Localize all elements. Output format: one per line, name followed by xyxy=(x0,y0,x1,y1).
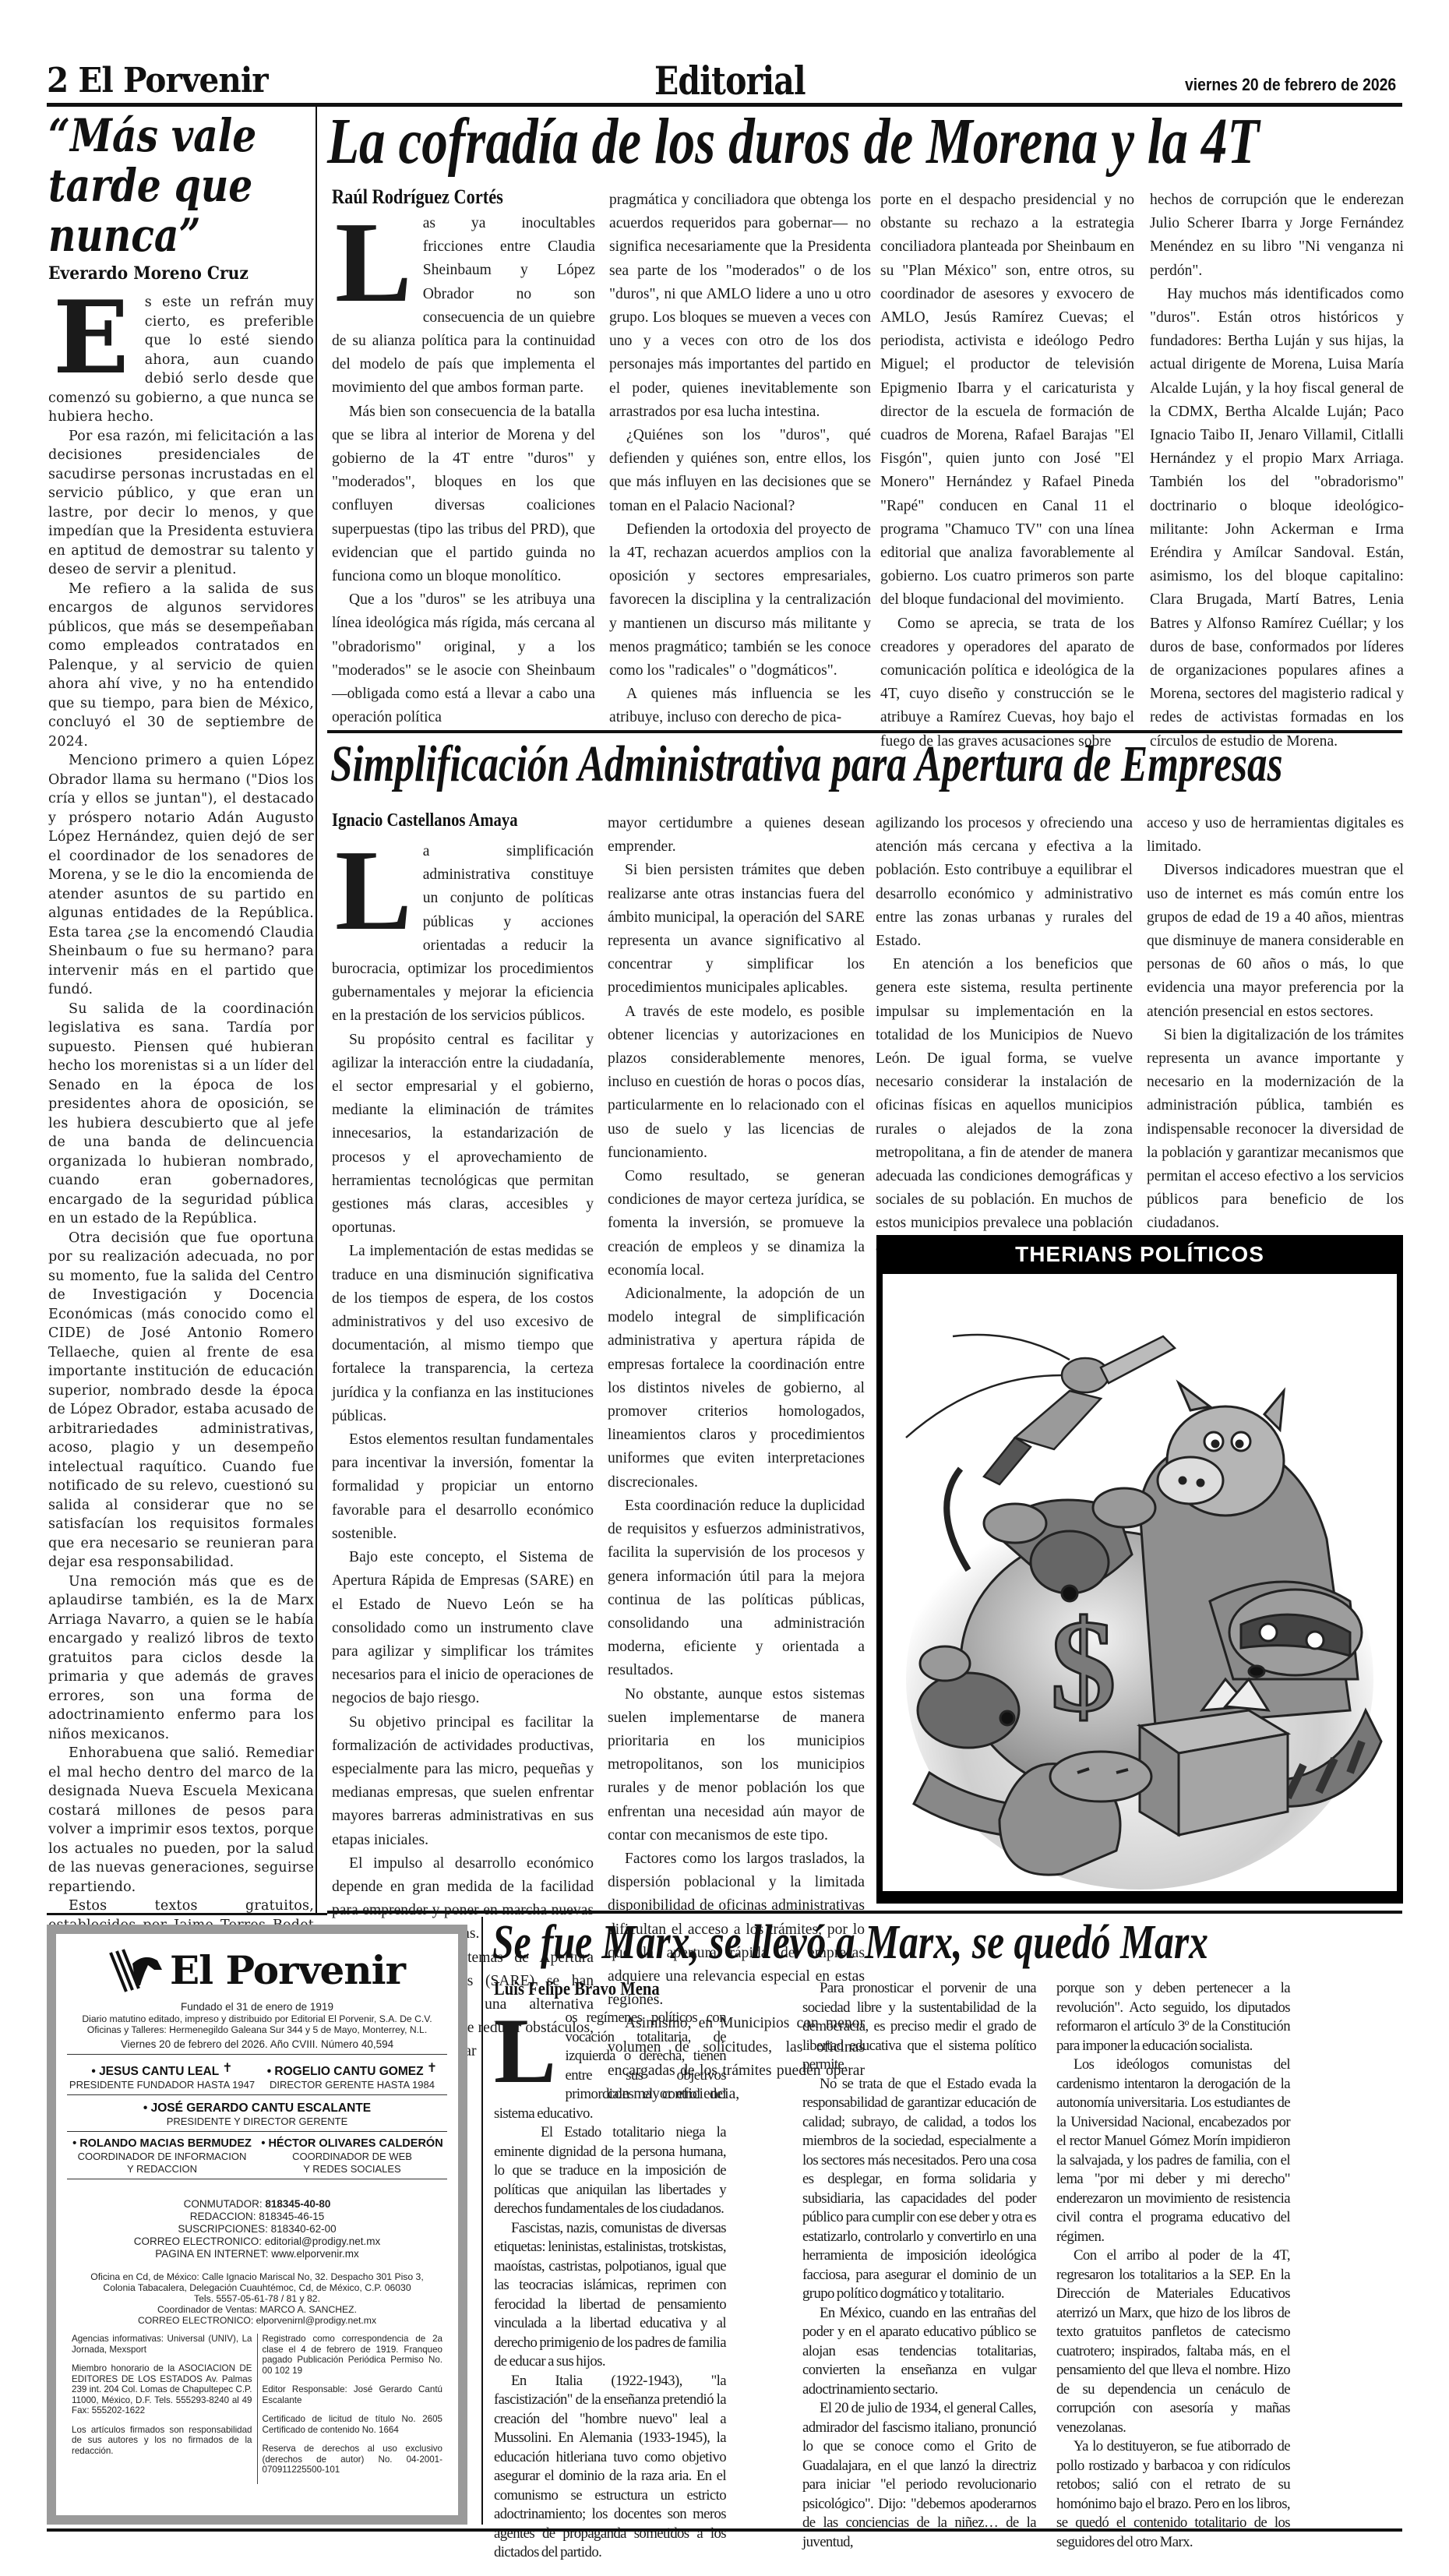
paragraph: Su propósito central es facilitar y agil… xyxy=(332,1029,594,1240)
dropcap: L xyxy=(494,2013,555,2091)
paragraph: Diversos indicadores muestran que el uso… xyxy=(1147,859,1404,1023)
website: PAGINA EN INTERNET: www.elporvenir.mx xyxy=(67,2248,447,2260)
paragraph: hechos de corrupción que le enderezan Ju… xyxy=(1150,189,1404,283)
page-number-and-paper-name: 2 El Porvenir xyxy=(47,61,268,101)
legal-text: Reserva de derechos al uso exclusivo (de… xyxy=(263,2444,443,2475)
paragraph: Si bien la digitalización de los trámite… xyxy=(1147,1024,1404,1236)
coordinator-role: COORDINADOR DE WEB xyxy=(257,2151,447,2163)
dropcap: E xyxy=(53,299,129,383)
article2-headline: Simplificación Administrativa para Apert… xyxy=(330,739,1283,790)
masthead-logo-text: El Porvenir xyxy=(170,1947,405,1993)
paragraph: Otra decisión que fue oportuna por su re… xyxy=(48,1229,314,1572)
legal-right: Registrado como correspondencia de 2a cl… xyxy=(258,2334,448,2484)
svg-text:$: $ xyxy=(1050,1593,1116,1739)
paragraph: En atención a los beneficios que genera … xyxy=(876,953,1133,1259)
cross-icon: ✝ xyxy=(427,2060,437,2075)
paragraph: Más bien son consecuencia de la batalla … xyxy=(332,401,595,589)
article1-column-4: hechos de corrupción que le enderezan Ju… xyxy=(1150,189,1404,753)
column-divider xyxy=(481,1917,483,2525)
paragraph: Los ideólogos comunistas del cardenismo … xyxy=(1056,2056,1290,2246)
article1-headline: La cofradía de los duros de Morena y la … xyxy=(327,109,1259,175)
president-role: PRESIDENTE Y DIRECTOR GERENTE xyxy=(67,2115,447,2128)
paragraph: Por esa razón, mi felicitación a las dec… xyxy=(48,427,314,580)
paragraph: Menciono primero a quien López Obrador l… xyxy=(48,751,314,1000)
paragraph: Como resultado, se generan condiciones d… xyxy=(608,1165,865,1283)
coordinator-role: Y REDES SOCIALES xyxy=(257,2163,447,2175)
coordinator: • ROLANDO MACIAS BERMUDEZ COORDINADOR DE… xyxy=(67,2137,257,2175)
paragraph: No se trata de que el Estado evada la re… xyxy=(802,2075,1036,2304)
article2-column-4: acceso y uso de herramientas digitales e… xyxy=(1147,812,1404,1236)
cartoon-illustration: $ xyxy=(883,1274,1397,1891)
issue-date: viernes 20 de febrero de 2026 xyxy=(1185,75,1396,95)
phone-label: CONMUTADOR: xyxy=(184,2198,266,2210)
paragraph: La implementación de estas medidas se tr… xyxy=(332,1240,594,1428)
legal-text: Certificado de licitud de título No. 260… xyxy=(263,2414,443,2435)
paragraph: Enhorabuena que salió. Remediar el mal h… xyxy=(48,1744,314,1897)
article1-column-1: L as ya inocultables fricciones entre Cl… xyxy=(332,212,595,729)
phone-number: 818345-40-80 xyxy=(265,2198,330,2210)
paragraph: En Italia (1922-1943), "la fascistizació… xyxy=(494,2372,726,2563)
paragraph: porque son y deben pertenecer a la revol… xyxy=(1056,1979,1290,2056)
paragraph: mayor certidumbre a quienes desean empre… xyxy=(608,812,865,859)
footer-rule xyxy=(47,2528,1402,2532)
paragraph: Su objetivo principal es facilitar la fo… xyxy=(332,1711,594,1852)
paragraph: Defienden la ortodoxia del proyecto de l… xyxy=(609,518,871,683)
phone-suscripciones: SUSCRIPCIONES: 818340-62-00 xyxy=(67,2223,447,2235)
paragraph: porte en el despacho presidencial y no o… xyxy=(880,189,1134,612)
paragraph: Fascistas, nazis, comunistas de diversas… xyxy=(494,2219,726,2372)
article3-column-3: porque son y deben pertenecer a la revol… xyxy=(1056,1979,1290,2552)
paragraph: El Estado totalitario niega la eminente … xyxy=(494,2123,726,2219)
section-rule xyxy=(47,1913,327,1915)
paragraph: A través de este modelo, es posible obte… xyxy=(608,1000,865,1165)
divider xyxy=(67,2094,447,2095)
paragraph: pragmática y conciliadora que obtenga lo… xyxy=(609,189,871,424)
masthead-content: El Porvenir Fundado el 31 de enero de 19… xyxy=(56,1934,458,2515)
office-line: Oficina en Cd, de México: Calle Ignacio … xyxy=(67,2271,447,2282)
paragraph: Ya lo destituyeron, se fue atiborrado de… xyxy=(1056,2437,1290,2552)
paragraph: Su salida de la coordinación legislativa… xyxy=(48,1000,314,1229)
masthead-box: El Porvenir Fundado el 31 de enero de 19… xyxy=(47,1925,467,2525)
paragraph: Una remoción más que es de aplaudirse ta… xyxy=(48,1572,314,1745)
coordinator-role: Y REDACCION xyxy=(67,2163,257,2175)
bullet-icon: • xyxy=(267,2065,275,2078)
paragraph: En México, cuando en las entrañas del po… xyxy=(802,2304,1036,2400)
article3-column-2: Para pronosticar el porvenir de una soci… xyxy=(802,1979,1036,2552)
left-title-line: tarde que xyxy=(48,161,264,210)
phone-redaccion: REDACCION: 818345-46-15 xyxy=(67,2211,447,2223)
column-divider xyxy=(316,107,317,1913)
section-title: Editorial xyxy=(654,58,806,104)
coordinator: • HÉCTOR OLIVARES CALDERÓN COORDINADOR D… xyxy=(257,2137,447,2175)
office-line: Colonia Tabacalera, Delegación Cuauhtémo… xyxy=(67,2282,447,2293)
offices-line: Oficinas y Talleres: Hermenegildo Galean… xyxy=(67,2024,447,2035)
paragraph: Bajo este concepto, el Sistema de Apertu… xyxy=(332,1546,594,1710)
bullet-icon: • xyxy=(91,2065,99,2078)
founded-line: Fundado el 31 de enero de 1919 xyxy=(67,2001,447,2013)
paragraph: Hay muchos más identificados como "duros… xyxy=(1150,283,1404,753)
paragraph: Esta coordinación reduce la duplicidad d… xyxy=(608,1494,865,1683)
divider xyxy=(67,2131,447,2132)
divider xyxy=(67,2179,447,2179)
paragraph: No obstante, aunque estos sistemas suele… xyxy=(608,1683,865,1847)
founder-name: JESUS CANTU LEAL xyxy=(99,2065,219,2078)
article3-column-1: L os regímenes políticos con vocación to… xyxy=(494,2009,726,2563)
founders-row: • JESUS CANTU LEAL ✝ PRESIDENTE FUNDADOR… xyxy=(67,2061,447,2091)
coordinator-name: HÉCTOR OLIVARES CALDERÓN xyxy=(268,2137,442,2150)
coordinator-role: COORDINADOR DE INFORMACION xyxy=(67,2151,257,2163)
article1-column-2: pragmática y conciliadora que obtenga lo… xyxy=(609,189,871,730)
legal-text: Editor Responsable: José Gerardo Cantú E… xyxy=(263,2384,443,2405)
paragraph: Me refiero a la salida de sus encargos d… xyxy=(48,580,314,752)
masthead-logo: El Porvenir xyxy=(67,1946,447,1993)
article3-headline: Se fue Marx, se llevó a Marx, se quedó M… xyxy=(492,1918,1208,1967)
article3-author: Luis Felipe Bravo Mena xyxy=(494,1979,660,2000)
cdmx-office: Oficina en Cd, de México: Calle Ignacio … xyxy=(67,2271,447,2326)
office-line: CORREO ELECTRONICO: elporvenirnl@prodigy… xyxy=(67,2315,447,2326)
legal-text: Miembro honorario de la ASOCIACION DE ED… xyxy=(72,2363,252,2416)
office-line: Coordinador de Ventas: MARCO A. SANCHEZ. xyxy=(67,2304,447,2315)
paragraph: Para pronosticar el porvenir de una soci… xyxy=(802,1979,1036,2075)
editorial-cartoon: THERIANS POLÍTICOS $ xyxy=(876,1235,1403,1904)
cartoon-title: THERIANS POLÍTICOS xyxy=(883,1235,1397,1274)
section-rule xyxy=(327,1911,1402,1914)
office-line: Tels. 5557-05-61-78 / 81 y 82. xyxy=(67,2293,447,2304)
article1-column-3: porte en el despacho presidencial y no o… xyxy=(880,189,1134,753)
paragraph: Si bien persisten trámites que deben rea… xyxy=(608,859,865,1000)
paragraph: agilizando los procesos y ofreciendo una… xyxy=(876,812,1133,953)
paragraph: Que a los "duros" se les atribuya una lí… xyxy=(332,588,595,729)
dropcap: L xyxy=(335,217,412,312)
paragraph: ¿Quiénes son los "duros", qué defienden … xyxy=(609,424,871,518)
cross-icon: ✝ xyxy=(222,2060,232,2075)
founder-role: DIRECTOR GERENTE HASTA 1984 xyxy=(257,2079,447,2091)
legal-text: Los artículos firmados son responsabilid… xyxy=(72,2425,252,2457)
paragraph: A quienes más influencia se les atribuye… xyxy=(609,683,871,729)
paragraph: Adicionalmente, la adopción de un modelo… xyxy=(608,1283,865,1494)
founder-role: PRESIDENTE FUNDADOR HASTA 1947 xyxy=(67,2079,257,2091)
founder-name: ROGELIO CANTU GOMEZ xyxy=(274,2065,423,2078)
president: • JOSÉ GERARDO CANTU ESCALANTE PRESIDENT… xyxy=(67,2101,447,2128)
horse-logo-icon xyxy=(109,1946,164,1993)
contacts: CONMUTADOR: 818345-40-80 REDACCION: 8183… xyxy=(67,2198,447,2260)
legal-footer: Agencias informativas: Universal (UNIV),… xyxy=(67,2334,447,2484)
founder: • ROGELIO CANTU GOMEZ ✝ DIRECTOR GERENTE… xyxy=(257,2061,447,2091)
left-title-line: nunca” xyxy=(48,210,264,260)
cartoon-animals-icon: $ xyxy=(883,1274,1397,1891)
president-name: JOSÉ GERARDO CANTU ESCALANTE xyxy=(151,2101,371,2115)
dropcap: L xyxy=(335,845,412,940)
legal-text: Registrado como correspondencia de 2a cl… xyxy=(263,2334,443,2376)
section-rule xyxy=(327,730,1402,733)
left-article-title: “Más vale tarde que nunca” xyxy=(48,111,264,260)
divider xyxy=(67,2054,447,2055)
issue-line: Viernes 20 de febrero del 2026. Año CVII… xyxy=(67,2038,447,2051)
article2-column-3: agilizando los procesos y ofreciendo una… xyxy=(876,812,1133,1259)
paragraph: acceso y uso de herramientas digitales e… xyxy=(1147,812,1404,859)
bullet-icon: • xyxy=(143,2101,151,2115)
article2-column-1: L a simplificación administrativa consti… xyxy=(332,840,594,2064)
publisher-line: Diario matutino editado, impreso y distr… xyxy=(67,2013,447,2024)
legal-left: Agencias informativas: Universal (UNIV),… xyxy=(67,2334,258,2484)
founder: • JESUS CANTU LEAL ✝ PRESIDENTE FUNDADOR… xyxy=(67,2061,257,2091)
legal-text: Agencias informativas: Universal (UNIV),… xyxy=(72,2334,252,2355)
left-title-line: “Más vale xyxy=(48,111,264,161)
coordinator-name: ROLANDO MACIAS BERMUDEZ xyxy=(79,2137,252,2150)
paragraph: Estos elementos resultan fundamentales p… xyxy=(332,1428,594,1546)
email: CORREO ELECTRONICO: editorial@prodigy.ne… xyxy=(67,2235,447,2248)
paragraph: Con el arribo al poder de la 4T, regresa… xyxy=(1056,2246,1290,2437)
coordinators-row: • ROLANDO MACIAS BERMUDEZ COORDINADOR DE… xyxy=(67,2137,447,2175)
bullet-icon: • xyxy=(72,2137,79,2150)
